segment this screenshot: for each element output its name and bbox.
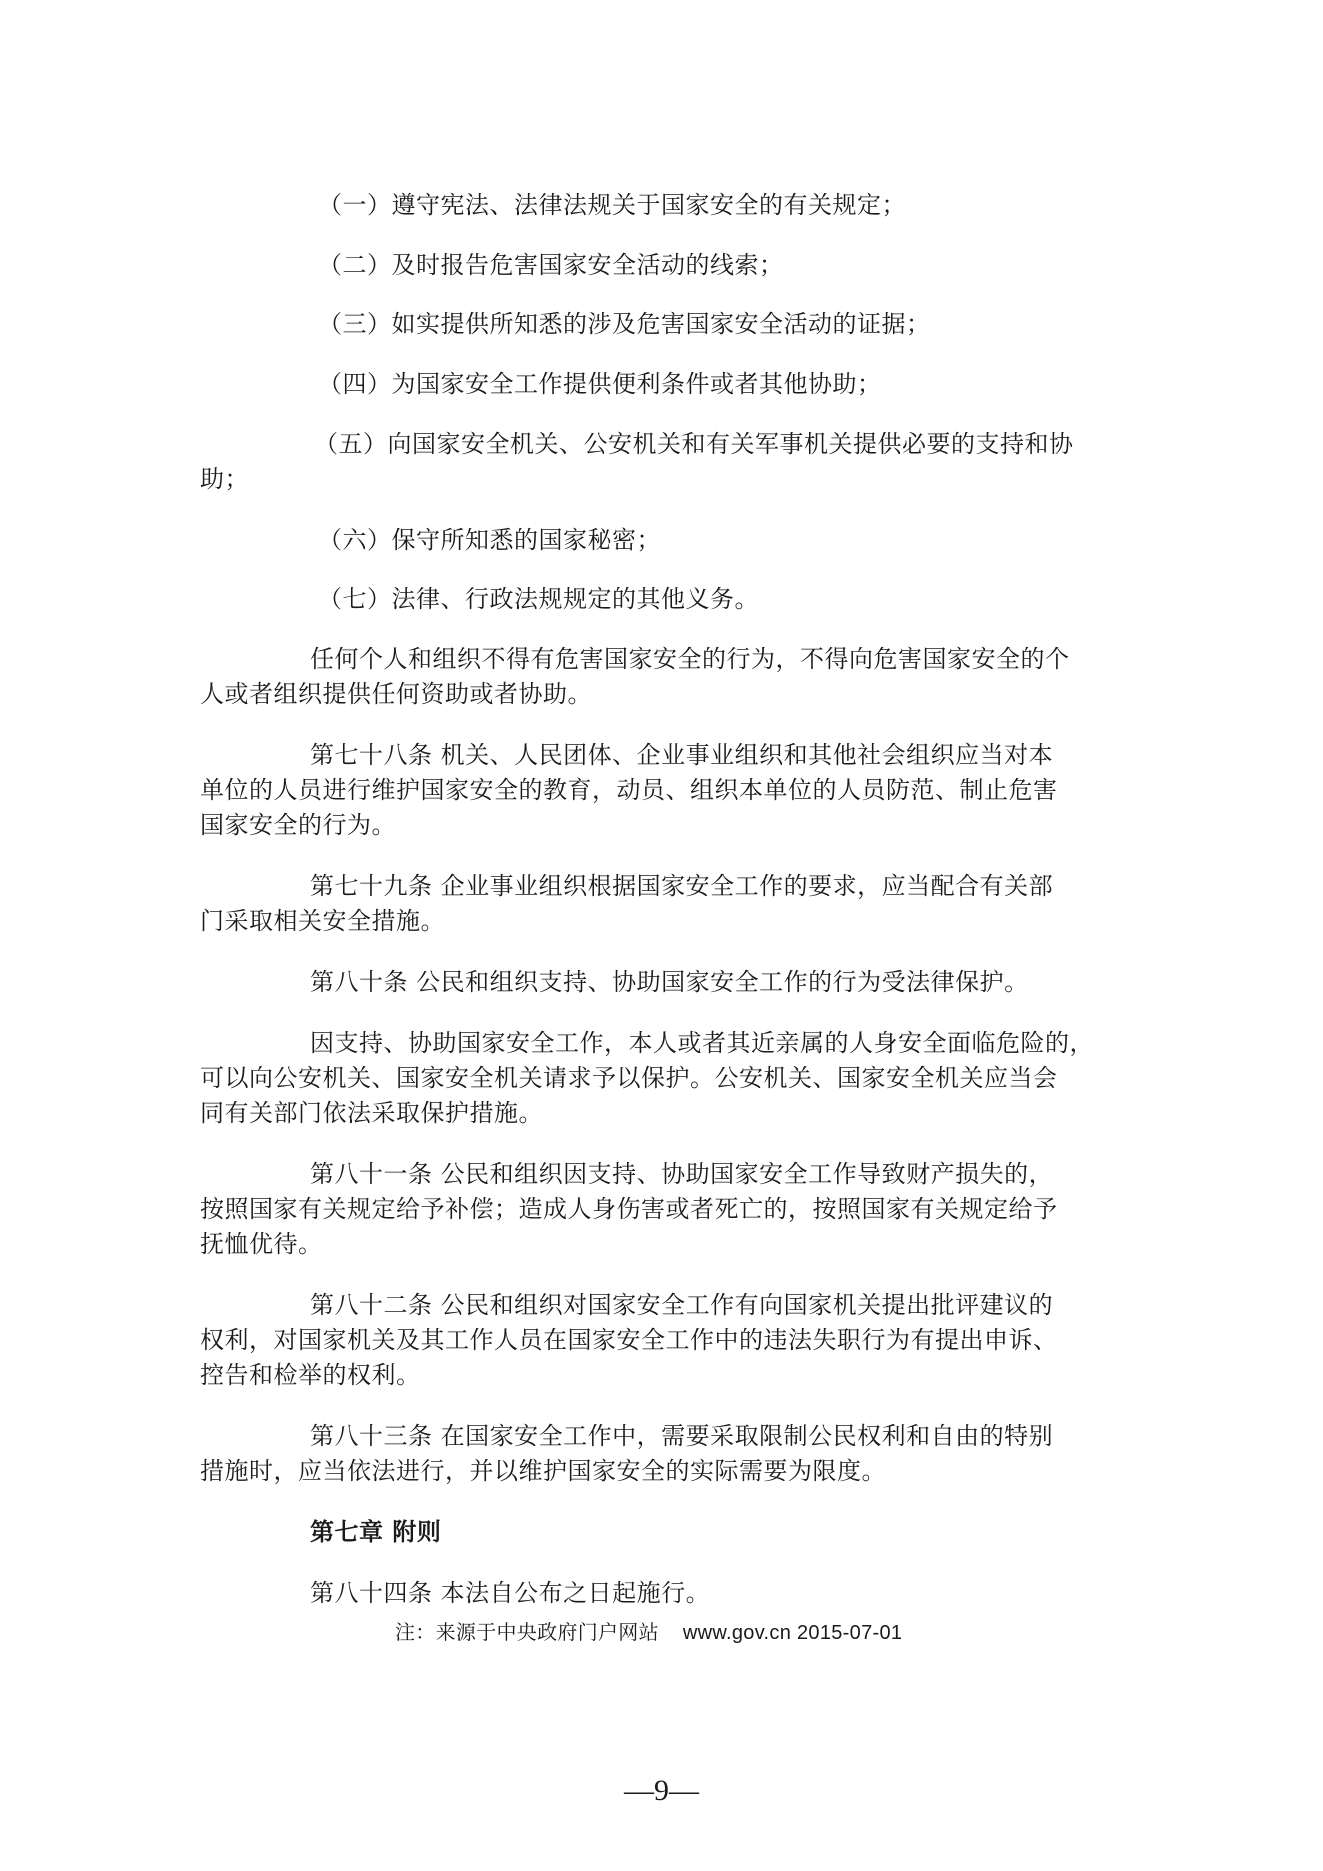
item-4: （四）为国家安全工作提供便利条件或者其他协助； — [318, 369, 882, 399]
art80-line-1: 第八十条 公民和组织支持、协助国家安全工作的行为受法律保护。 — [310, 967, 1029, 997]
item-1: （一）遵守宪法、法律法规关于国家安全的有关规定； — [318, 190, 906, 220]
protect-line-2: 可以向公安机关、国家安全机关请求予以保护。公安机关、国家安全机关应当会 — [200, 1063, 1058, 1093]
source-note: 注：来源于中央政府门户网站www.gov.cn 2015-07-01 — [395, 1617, 902, 1648]
art84: 第八十四条 本法自公布之日起施行。 — [310, 1578, 710, 1608]
document-page: （一）遵守宪法、法律法规关于国家安全的有关规定； （二）及时报告危害国家安全活动… — [0, 0, 1323, 1871]
source-note-label: 注：来源于中央政府门户网站 — [395, 1620, 659, 1644]
art83-line-2: 措施时，应当依法进行，并以维护国家安全的实际需要为限度。 — [200, 1456, 886, 1486]
prohibit-line-1: 任何个人和组织不得有危害国家安全的行为，不得向危害国家安全的个 — [310, 644, 1070, 674]
art82-line-2: 权利，对国家机关及其工作人员在国家安全工作中的违法失职行为有提出申诉、 — [200, 1325, 1058, 1355]
art82-line-1: 第八十二条 公民和组织对国家安全工作有向国家机关提出批评建议的 — [310, 1290, 1053, 1320]
art82-line-3: 控告和检举的权利。 — [200, 1360, 421, 1390]
chapter-heading: 第七章 附则 — [310, 1517, 441, 1547]
art81-line-1: 第八十一条 公民和组织因支持、协助国家安全工作导致财产损失的， — [310, 1159, 1053, 1189]
art78-line-1: 第七十八条 机关、人民团体、企业事业组织和其他社会组织应当对本 — [310, 740, 1053, 770]
art83-line-1: 第八十三条 在国家安全工作中，需要采取限制公民权利和自由的特别 — [310, 1421, 1053, 1451]
item-7: （七）法律、行政法规规定的其他义务。 — [318, 584, 759, 614]
protect-line-1: 因支持、协助国家安全工作，本人或者其近亲属的人身安全面临危险的， — [310, 1028, 1094, 1058]
item-3: （三）如实提供所知悉的涉及危害国家安全活动的证据； — [318, 309, 931, 339]
art79-line-1: 第七十九条 企业事业组织根据国家安全工作的要求，应当配合有关部 — [310, 871, 1053, 901]
art78-line-2: 单位的人员进行维护国家安全的教育，动员、组织本单位的人员防范、制止危害 — [200, 775, 1058, 805]
protect-line-3: 同有关部门依法采取保护措施。 — [200, 1098, 543, 1128]
item-5-line-1: （五）向国家安全机关、公安机关和有关军事机关提供必要的支持和协 — [314, 429, 1074, 459]
art81-line-2: 按照国家有关规定给予补偿；造成人身伤害或者死亡的，按照国家有关规定给予 — [200, 1194, 1058, 1224]
prohibit-line-2: 人或者组织提供任何资助或者协助。 — [200, 679, 592, 709]
art79-line-2: 门采取相关安全措施。 — [200, 906, 445, 936]
source-note-url: www.gov.cn 2015-07-01 — [683, 1622, 902, 1644]
item-5-line-2: 助； — [200, 464, 249, 494]
item-6: （六）保守所知悉的国家秘密； — [318, 525, 661, 555]
art81-line-3: 抚恤优待。 — [200, 1229, 323, 1259]
item-2: （二）及时报告危害国家安全活动的线索； — [318, 250, 784, 280]
page-number: —9— — [0, 1773, 1323, 1809]
art78-line-3: 国家安全的行为。 — [200, 810, 396, 840]
